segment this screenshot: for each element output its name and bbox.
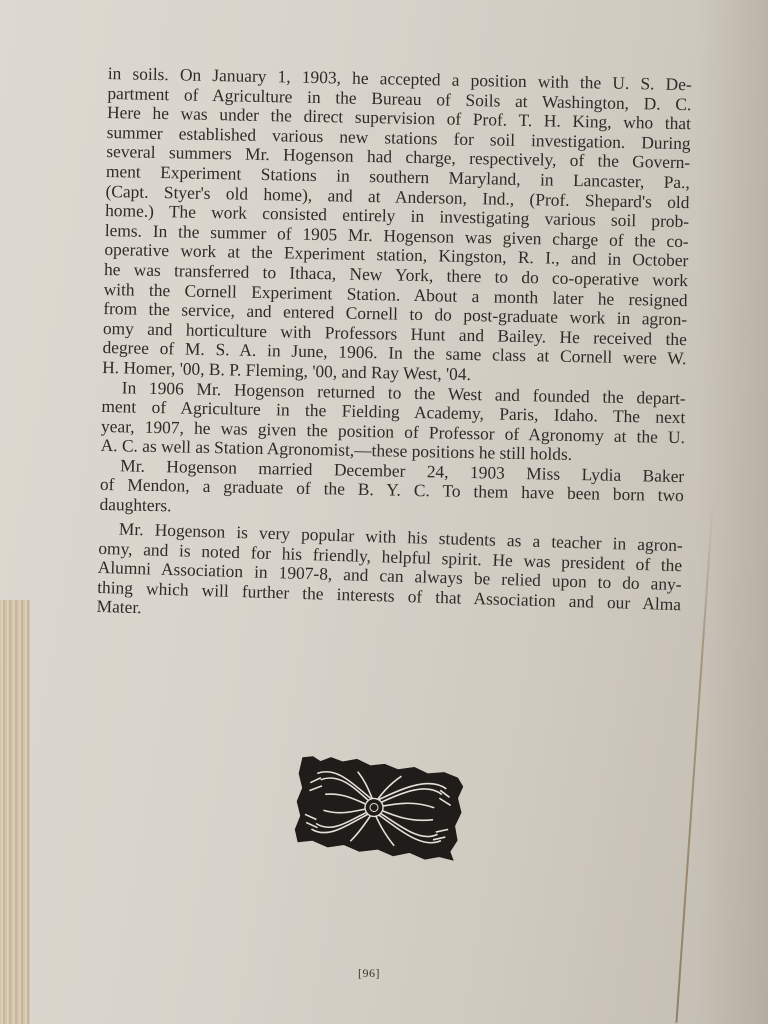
floral-ornament-icon [289, 751, 468, 864]
book-page: in soils. On January 1, 1903, he accepte… [0, 0, 768, 1024]
page-edges-stack [0, 600, 30, 1024]
paragraph-career: in soils. On January 1, 1903, he accepte… [102, 64, 692, 389]
spine-shadow [698, 0, 768, 1024]
paragraph-return-west: In 1906 Mr. Hogenson returned to the Wes… [100, 377, 685, 467]
paragraph-popularity: Mr. Hogenson is very popular with his st… [96, 519, 683, 634]
page-number: [96] [358, 966, 380, 981]
body-text: in soils. On January 1, 1903, he accepte… [97, 64, 692, 628]
